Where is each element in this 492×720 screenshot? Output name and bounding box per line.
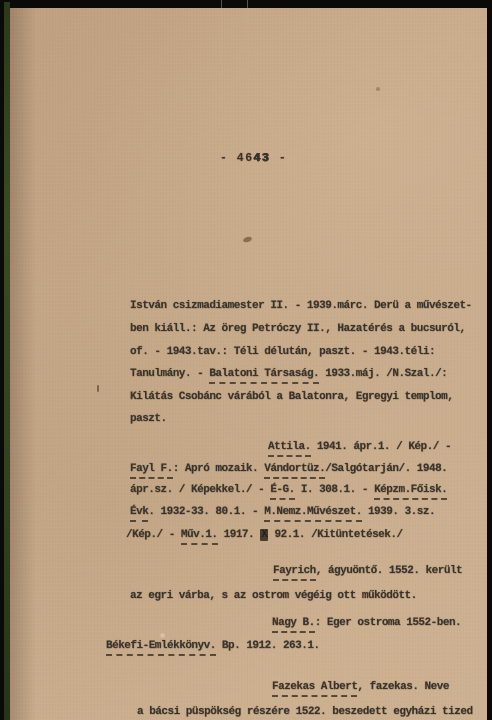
text-segment: a bácsi püspökség részére 1522. beszedet… — [137, 706, 473, 718]
paper-speck — [97, 385, 99, 392]
underlined-text: É-G. — [270, 484, 294, 500]
text-line: ápr.sz. / Képekkel./ - É-G. I. 308.1. - … — [130, 484, 447, 496]
text-segment: : Eger ostroma 1552-ben. — [315, 617, 461, 629]
paper-speck — [242, 236, 252, 244]
text-segment: : Apró mozaik. — [173, 463, 265, 475]
page-number-prefix: - 46 — [220, 152, 254, 165]
text-segment: I. 308.1. - — [295, 484, 374, 496]
text-segment: 1933.máj. /N.Szal./: — [319, 368, 447, 380]
text-segment: Bp. 1912. 263.1. — [216, 640, 320, 652]
text-line: paszt. — [130, 413, 167, 425]
underlined-text: Attila. — [268, 441, 311, 457]
text-segment: az egri várba, s az ostrom végéig ott mű… — [130, 590, 417, 602]
text-segment: 1941. ápr.1. / Kép./ - — [311, 441, 451, 453]
text-line: az egri várba, s az ostrom végéig ott mű… — [130, 590, 417, 602]
text-line: Békefi-Emlékkönyv. Bp. 1912. 263.1. — [106, 640, 320, 652]
text-line: of. - 1943.tav.: Téli délután, paszt. - … — [130, 346, 435, 358]
text-segment: 92.1. /Kitüntetések./ — [268, 529, 402, 541]
text-line: Évk. 1932-33. 80.1. - M.Nemz.Művészet. 1… — [130, 506, 435, 518]
scanned-page: - 4643 - István csizmadiamester II. - 19… — [10, 8, 487, 720]
text-segment: ben kiáll.: Az öreg Petróczy II., Hazaté… — [130, 323, 466, 335]
page-number-overstruck-digits: 43 — [254, 152, 271, 165]
page-number: - 4643 - — [220, 152, 287, 165]
text-segment: /Kép./ - — [126, 529, 181, 541]
paper-speck — [376, 87, 380, 91]
underlined-text: Műv.1. — [181, 529, 218, 545]
text-segment: 1939. 3.sz. — [362, 506, 435, 518]
text-segment: , ágyuöntő. 1552. került — [316, 565, 462, 577]
text-line: Fazekas Albert, fazekas. Neve — [272, 681, 449, 693]
text-segment: István csizmadiamester II. - 1939.márc. … — [130, 300, 472, 312]
text-line: Kilátás Csobánc várából a Balatonra, Egr… — [130, 391, 453, 403]
text-line: a bácsi püspökség részére 1522. beszedet… — [137, 706, 473, 718]
scan-fold-line — [247, 0, 248, 720]
underlined-text: Nagy B. — [272, 617, 315, 633]
text-segment: , fazekas. Neve — [357, 681, 449, 693]
text-line: ben kiáll.: Az öreg Petróczy II., Hazaté… — [130, 323, 466, 335]
paper-edge-shadow — [10, 8, 36, 720]
text-line: Attila. 1941. ápr.1. / Kép./ - — [268, 441, 451, 453]
text-line: Nagy B.: Eger ostroma 1552-ben. — [272, 617, 461, 629]
text-line: Tanulmány. - Balatoni Társaság. 1933.máj… — [130, 368, 447, 380]
scanned-document: - 4643 - István csizmadiamester II. - 19… — [0, 0, 492, 720]
scan-fold-line — [221, 0, 222, 720]
underlined-text: Balatoni Társaság. — [209, 368, 319, 384]
underlined-text: Vándortüz. — [264, 463, 325, 479]
underlined-text: Fayl F. — [130, 463, 173, 479]
text-line: Fayl F.: Apró mozaik. Vándortüz./Salgóta… — [130, 463, 447, 475]
underlined-text: Fazekas Albert — [272, 681, 357, 697]
underlined-text: M.Nemz.Művészet. — [264, 506, 362, 522]
text-segment: . 1932-33. 80.1. - — [148, 506, 264, 518]
text-line: Fayrich, ágyuöntő. 1552. került — [273, 565, 462, 577]
text-segment: paszt. — [130, 413, 167, 425]
text-segment: 1917. — [218, 529, 261, 541]
underlined-text: Évk — [130, 506, 148, 522]
text-segment: /Salgótarján/. 1948. — [325, 463, 447, 475]
text-line: /Kép./ - Műv.1. 1917. X 92.1. /Kitünteté… — [126, 529, 403, 541]
underlined-text: Fayrich — [273, 565, 316, 581]
underlined-text: Békefi-Emlékkönyv. — [106, 640, 216, 656]
text-segment: Kilátás Csobánc várából a Balatonra, Egr… — [130, 391, 453, 403]
underlined-text: Képzm.Főisk. — [374, 484, 447, 500]
paper-speck — [160, 633, 165, 638]
text-segment: of. - 1943.tav.: Téli délután, paszt. - … — [130, 346, 435, 358]
text-segment: ápr.sz. / Képekkel./ - — [130, 484, 270, 496]
page-number-suffix: - — [270, 152, 287, 165]
text-line: István csizmadiamester II. - 1939.márc. … — [130, 300, 472, 312]
text-segment: Tanulmány. - — [130, 368, 209, 380]
